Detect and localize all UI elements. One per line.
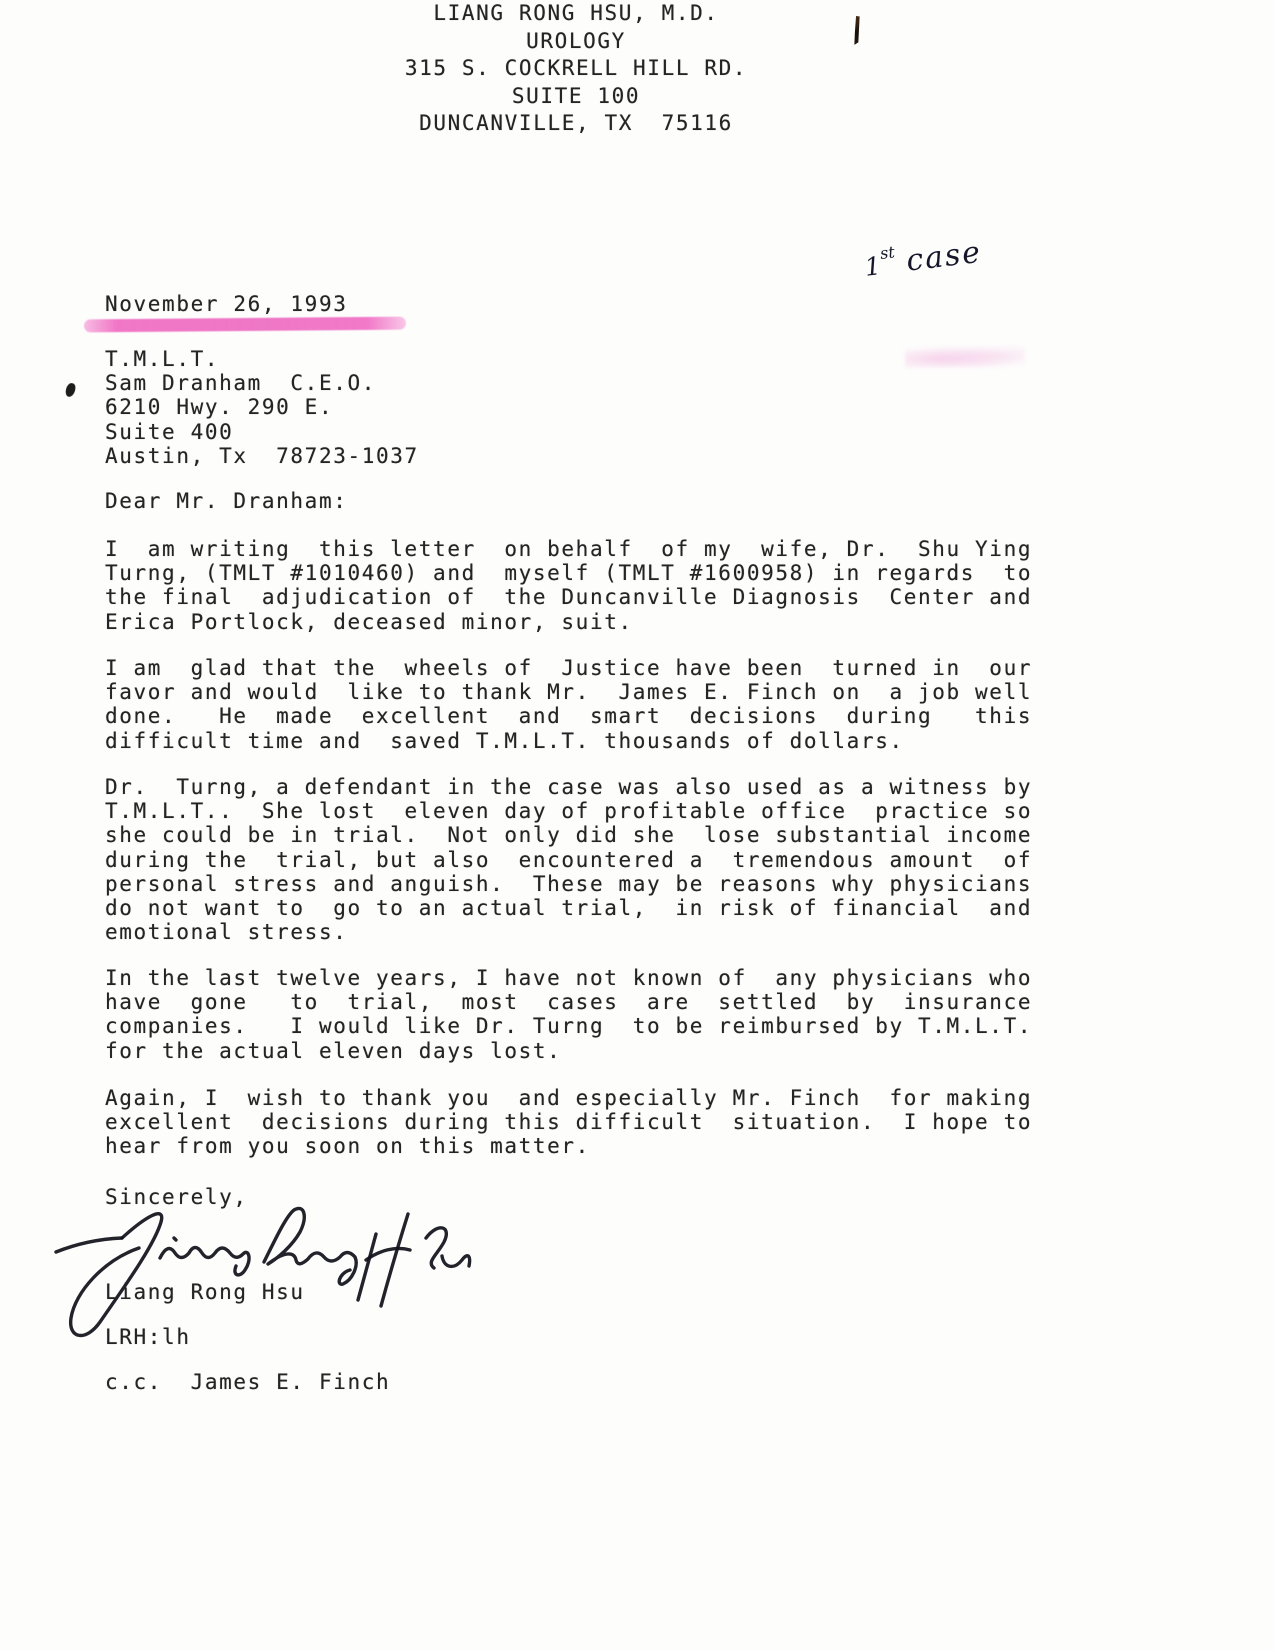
note-ordinal: st xyxy=(879,242,896,263)
salutation: Dear Mr. Dranham: xyxy=(105,489,347,513)
reference-initials: LRH:lh xyxy=(105,1325,191,1349)
note-word: case xyxy=(893,235,984,280)
date-highlight xyxy=(84,317,406,333)
body-paragraph-5: Again, I wish to thank you and especiall… xyxy=(105,1086,1032,1159)
handwritten-note: 1st case xyxy=(863,227,1046,284)
body-paragraph-2: I am glad that the wheels of Justice hav… xyxy=(105,656,1032,753)
body-paragraph-1: I am writing this letter on behalf of my… xyxy=(105,537,1032,634)
valediction: Sincerely, xyxy=(105,1185,248,1209)
cc-line: c.c. James E. Finch xyxy=(105,1370,390,1394)
body-paragraph-4: In the last twelve years, I have not kno… xyxy=(105,966,1032,1063)
letterhead: LIANG RONG HSU, M.D. UROLOGY 315 S. COCK… xyxy=(0,0,1152,138)
date-line: November 26, 1993 xyxy=(105,292,347,316)
note-number: 1 xyxy=(863,251,882,282)
pink-smudge xyxy=(905,346,1025,368)
letter-page: LIANG RONG HSU, M.D. UROLOGY 315 S. COCK… xyxy=(0,0,1275,1650)
body-paragraph-3: Dr. Turng, a defendant in the case was a… xyxy=(105,775,1032,944)
typed-name: Liang Rong Hsu xyxy=(105,1280,305,1304)
recipient-address: T.M.L.T. Sam Dranham C.E.O. 6210 Hwy. 29… xyxy=(105,347,419,468)
address-ink-dot xyxy=(64,382,76,398)
